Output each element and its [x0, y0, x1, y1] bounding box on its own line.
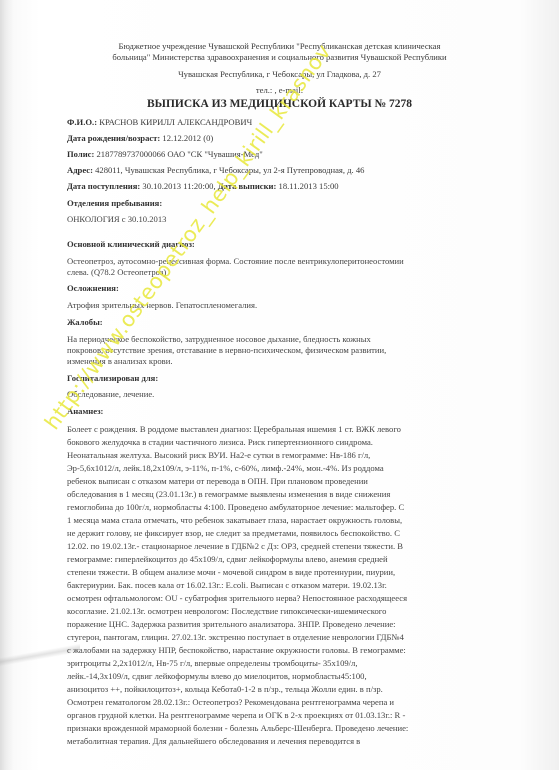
text-line: покровов, отсутствие зрения, отставание …: [67, 345, 512, 356]
text-line: Обследование, лечение.: [67, 389, 512, 400]
institution-line-1: Бюджетное учреждение Чувашской Республик…: [0, 41, 559, 52]
text-line: степени тяжести. В общем анализе мочи - …: [67, 566, 512, 579]
text-line: бактериурии. Бак. посев кала от 16.02.13…: [67, 579, 512, 592]
text-line: гемограмме: гиперлейкоцитоз до 45х109/л,…: [67, 553, 512, 566]
text-line: поражение ЦНС. Задержка развития зритель…: [67, 618, 512, 631]
institution-line-2: больница" Министерства здравоохранения и…: [0, 52, 559, 63]
policy-label: Полис:: [67, 149, 94, 159]
text-line: признаки врожденной мраморной болезни - …: [67, 722, 512, 735]
text-line: 1 месяца мама стала отмечать, что ребено…: [67, 514, 512, 527]
text-line: косоглазие. 21.02.13г. осмотрен невролог…: [67, 605, 512, 618]
admission-value: 30.10.2013 11:20:00,: [142, 181, 215, 191]
text-line: стугерон, пантогам, глицин. 27.02.13г. э…: [67, 631, 512, 644]
admission-label: Дата поступления:: [67, 181, 140, 191]
text-line: осмотрен офтальмологом: OU - субатрофия …: [67, 592, 512, 605]
dob-label: Дата рождения/возраст:: [67, 133, 160, 143]
text-line: не держит голову, не фиксирует взор, не …: [67, 527, 512, 540]
discharge-value: 18.11.2013 15:00: [279, 181, 339, 191]
complaints-text: На периодческое беспокойство, затрудненн…: [67, 334, 512, 367]
text-line: обследования в 1 месяц (23.01.13г.) в ге…: [67, 488, 512, 501]
dob-row: Дата рождения/возраст: 12.12.2012 (0): [67, 133, 213, 144]
dob-value: 12.12.2012 (0): [162, 133, 213, 143]
anamnesis-text: Болеет с рождения. В роддоме выставлен д…: [67, 423, 512, 748]
text-line: гемоглобина до 100г/л, нормобласты 4:100…: [67, 501, 512, 514]
text-line: изменения в анализах крови.: [67, 356, 512, 367]
complaints-heading: Жалобы:: [67, 317, 103, 328]
text-line: лейк.-14,3х109/л, сдвиг лейкоформулы вле…: [67, 670, 512, 683]
text-line: органов грудной клетки. На рентгенограмм…: [67, 709, 512, 722]
text-line: слева. (Q78.2 Остеопетроз): [67, 267, 512, 278]
text-line: эритроциты 2,2х1012/л, Нв-75 г/л, впервы…: [67, 657, 512, 670]
patient-name-label: Ф.И.О.:: [67, 117, 97, 127]
text-line: ОНКОЛОГИЯ с 30.10.2013: [67, 214, 512, 225]
text-line: Болеет с рождения. В роддоме выставлен д…: [67, 423, 512, 436]
text-line: Остеопетроз, аутосомно-рецессивная форма…: [67, 256, 512, 267]
address-row: Адрес: 428011, Чувашская Республика, г Ч…: [67, 165, 364, 176]
dates-row: Дата поступления: 30.10.2013 11:20:00, Д…: [67, 181, 339, 192]
text-line: Осмотрен гематологом 28.02.13г.: Остеопе…: [67, 696, 512, 709]
complications-heading: Осложнения:: [67, 283, 119, 294]
department-heading: Отделения пребывания:: [67, 198, 162, 209]
address-label: Адрес:: [67, 165, 93, 175]
institution-address: Чувашская Республика, г Чебоксары, ул Гл…: [0, 69, 559, 80]
text-line: На периодческое беспокойство, затрудненн…: [67, 334, 512, 345]
text-line: ребенок выписан с отказом матери от пере…: [67, 475, 512, 488]
department-text: ОНКОЛОГИЯ с 30.10.2013: [67, 214, 512, 225]
patient-name: КРАСНОВ КИРИЛЛ АЛЕКСАНДРОВИЧ: [99, 117, 252, 127]
text-line: 12.02. по 19.02.13г.- стационарное лечен…: [67, 540, 512, 553]
patient-name-row: Ф.И.О.: КРАСНОВ КИРИЛЛ АЛЕКСАНДРОВИЧ: [67, 117, 252, 128]
text-line: Эр-5,6х1012/л, лейк.18,2х109/л, э-11%, п…: [67, 462, 512, 475]
text-line: бокового желудочка в стадии частичного л…: [67, 436, 512, 449]
diagnosis-text: Остеопетроз, аутосомно-рецессивная форма…: [67, 256, 512, 278]
text-line: анизоцитоз ++, пойкилоцитоз+, кольца Кеб…: [67, 683, 512, 696]
text-line: с жалобами на задержку НПР, беспокойство…: [67, 644, 512, 657]
text-line: метаболитная терапия. Для дальнейшего об…: [67, 735, 512, 748]
document-page: Бюджетное учреждение Чувашской Республик…: [0, 0, 559, 770]
hospitalized-for-text: Обследование, лечение.: [67, 389, 512, 400]
text-line: Неонатальная желтуха. Высокий риск ВУИ. …: [67, 449, 512, 462]
